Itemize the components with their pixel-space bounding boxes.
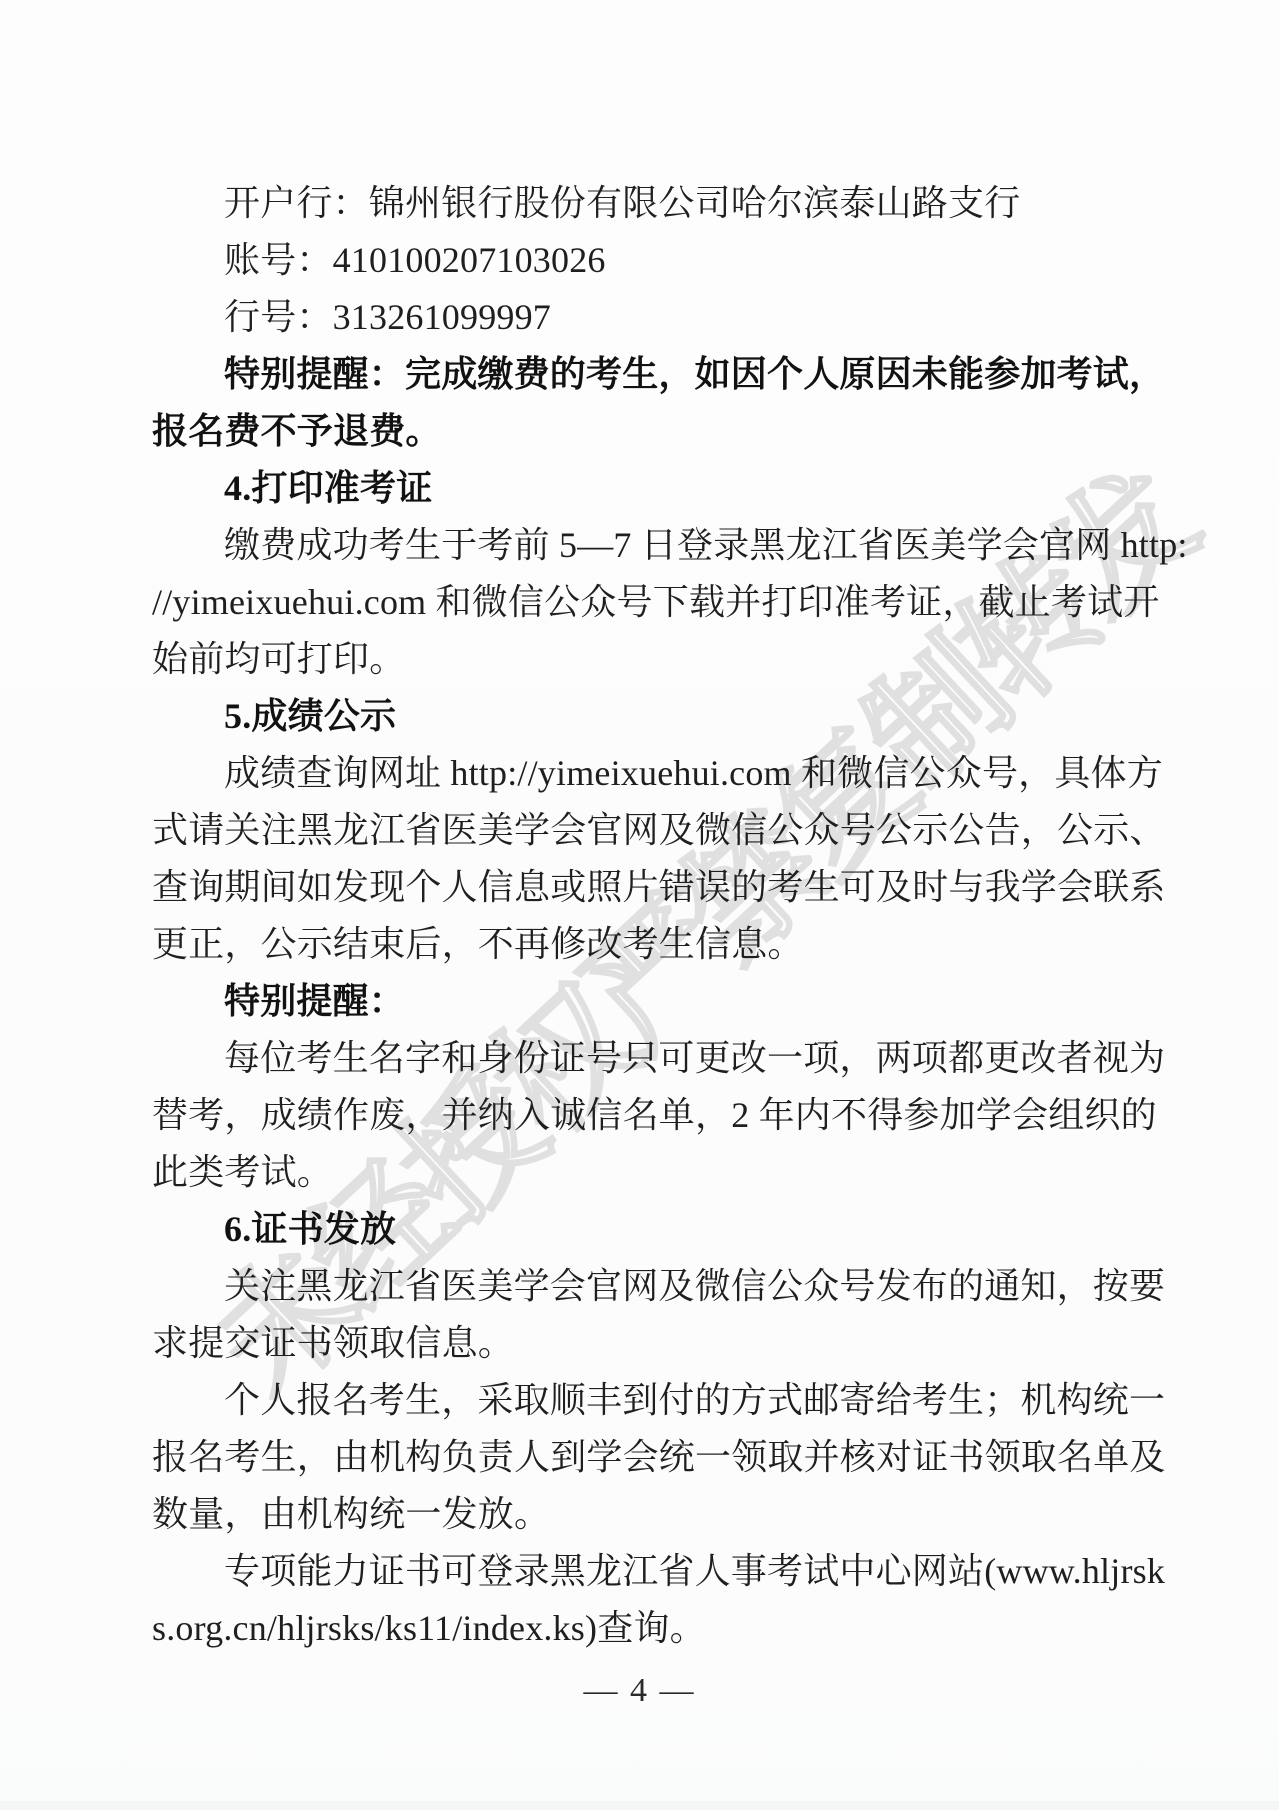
section-heading-5: 5.成绩公示 (152, 688, 1192, 745)
section-heading-4: 4.打印准考证 (152, 460, 1192, 517)
document-body: 开户行：锦州银行股份有限公司哈尔滨泰山路支行 账号：41010020710302… (152, 175, 1192, 1657)
paragraph-line: 数量，由机构统一发放。 (152, 1486, 1192, 1543)
paragraph-line: 查询期间如发现个人信息或照片错误的考生可及时与我学会联系 (152, 859, 1192, 916)
paragraph-line: 式请关注黑龙江省医美学会官网及微信公众号公示公告，公示、 (152, 802, 1192, 859)
bank-name-line: 开户行：锦州银行股份有限公司哈尔滨泰山路支行 (152, 175, 1192, 232)
paragraph-line: s.org.cn/hljrsks/ks11/index.ks)查询。 (152, 1600, 1192, 1657)
page-number: — 4 — (0, 1672, 1279, 1710)
paragraph-line: 成绩查询网址 http://yimeixuehui.com 和微信公众号，具体方 (152, 745, 1192, 802)
scan-edge-shadow (0, 1801, 1279, 1810)
bank-code-line: 行号：313261099997 (152, 289, 1192, 346)
paragraph-line: 替考，成绩作废，并纳入诚信名单，2 年内不得参加学会组织的 (152, 1087, 1192, 1144)
paragraph-line: //yimeixuehui.com 和微信公众号下载并打印准考证，截止考试开 (152, 574, 1192, 631)
special-notice-line: 特别提醒：完成缴费的考生，如因个人原因未能参加考试， (152, 346, 1192, 403)
document-page: 未经授权严禁复制转发 开户行：锦州银行股份有限公司哈尔滨泰山路支行 账号：410… (0, 0, 1279, 1810)
paragraph-line: 专项能力证书可登录黑龙江省人事考试中心网站(www.hljrsk (152, 1543, 1192, 1600)
special-notice-heading: 特别提醒： (152, 973, 1192, 1030)
paragraph-line: 关注黑龙江省医美学会官网及微信公众号发布的通知，按要 (152, 1258, 1192, 1315)
section-heading-6: 6.证书发放 (152, 1201, 1192, 1258)
paragraph-line: 更正，公示结束后，不再修改考生信息。 (152, 916, 1192, 973)
paragraph-line: 每位考生名字和身份证号只可更改一项，两项都更改者视为 (152, 1030, 1192, 1087)
paragraph-line: 求提交证书领取信息。 (152, 1315, 1192, 1372)
paragraph-line: 缴费成功考生于考前 5—7 日登录黑龙江省医美学会官网 http: (152, 517, 1192, 574)
paragraph-line: 此类考试。 (152, 1144, 1192, 1201)
special-notice-line: 报名费不予退费。 (152, 403, 1192, 460)
paragraph-line: 个人报名考生，采取顺丰到付的方式邮寄给考生；机构统一 (152, 1372, 1192, 1429)
paragraph-line: 始前均可打印。 (152, 631, 1192, 688)
account-number-line: 账号：410100207103026 (152, 232, 1192, 289)
paragraph-line: 报名考生，由机构负责人到学会统一领取并核对证书领取名单及 (152, 1429, 1192, 1486)
